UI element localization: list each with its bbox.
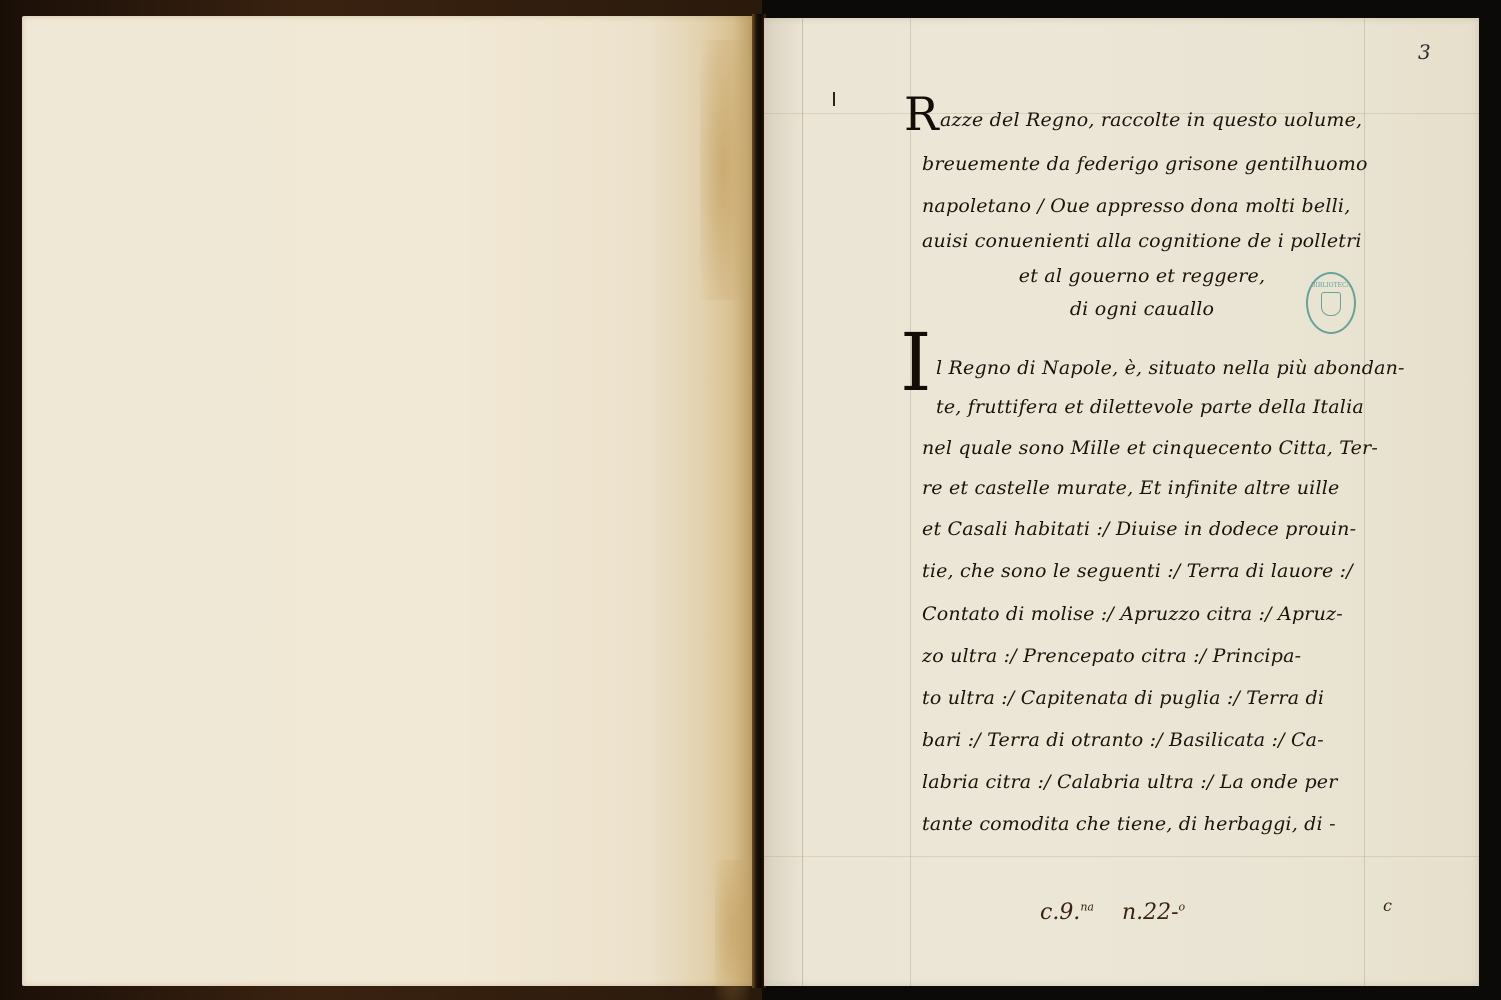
body-line: re et castelle murate, Et infinite altre… (922, 477, 1339, 499)
margin-rule-left (910, 18, 911, 986)
body-line: Contato di molise :/ Apruzzo citra :/ Ap… (922, 603, 1343, 625)
body-line: tante comodita che tiene, di herbaggi, d… (922, 813, 1336, 835)
library-stamp: BIBLIOTECA (1306, 272, 1356, 334)
title-line: napoletano / Oue appresso dona molti bel… (922, 195, 1350, 217)
title-line: breuemente da federigo grisone gentilhuo… (922, 153, 1368, 175)
guard-strip (764, 18, 803, 986)
body-line: tie, che sono le seguenti :/ Terra di la… (922, 560, 1353, 582)
left-page-blank (22, 16, 755, 986)
decorated-initial-i: I (900, 323, 932, 403)
body-line: zo ultra :/ Prencepato citra :/ Principa… (922, 645, 1301, 667)
stamp-label: BIBLIOTECA (1311, 282, 1351, 289)
shelfmark: c.9.na n.22-o (1040, 900, 1185, 925)
body-line: labria citra :/ Calabria ultra :/ La ond… (922, 771, 1338, 793)
body-line: et Casali habitati :/ Diuise in dodece p… (922, 518, 1356, 540)
stamp-crest-icon (1321, 292, 1341, 316)
title-line: di ogni cauallo (922, 298, 1362, 320)
body-line: l Regno di Napole, è, situato nella più … (936, 357, 1405, 379)
body-line: nel quale sono Mille et cinquecento Citt… (922, 437, 1378, 459)
folio-number: 3 (1418, 40, 1431, 64)
left-page-stain (700, 40, 745, 300)
margin-mark (833, 92, 835, 106)
shelfmark-part2: n.22- (1122, 900, 1179, 925)
margin-rule-bottom (764, 856, 1479, 857)
title-line: et al gouerno et reggere, (922, 265, 1362, 287)
title-line: auisi conuenienti alla cognitione de i p… (922, 230, 1362, 252)
decorated-initial-r: R (904, 87, 939, 141)
body-line: te, fruttifera et dilettevole parte dell… (936, 396, 1364, 418)
left-page-stain-lower (715, 860, 750, 1000)
shelfmark-part1-sup: na (1080, 901, 1094, 914)
title-line: azze del Regno, raccolte in questo uolum… (940, 109, 1362, 131)
signature-mark: c (1383, 896, 1392, 915)
body-line: bari :/ Terra di otranto :/ Basilicata :… (922, 729, 1324, 751)
shelfmark-part1: c.9. (1040, 900, 1080, 925)
body-line: to ultra :/ Capitenata di puglia :/ Terr… (922, 687, 1324, 709)
shelfmark-part2-sup: o (1179, 901, 1186, 914)
